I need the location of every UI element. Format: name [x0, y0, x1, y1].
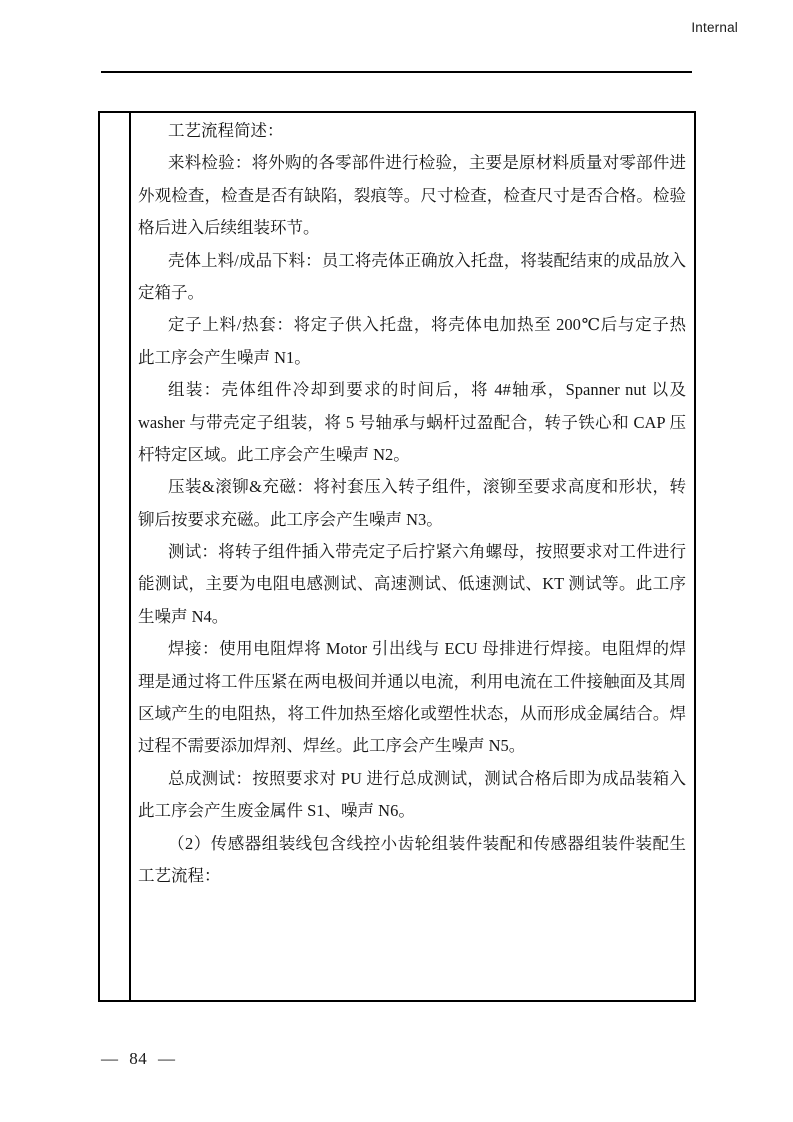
- text-line: 壳体上料/成品下料：员工将壳体正确放入托盘，将装配结束的成品放入特: [138, 245, 686, 277]
- process-table: 工艺流程简述：来料检验：将外购的各零部件进行检验，主要是原材料质量对零部件进行外…: [98, 111, 696, 1002]
- text-line: 总成测试：按照要求对 PU 进行总成测试，测试合格后即为成品装箱入库。: [138, 763, 686, 795]
- text-line: 来料检验：将外购的各零部件进行检验，主要是原材料质量对零部件进行: [138, 147, 686, 179]
- text-line: 铆后按要求充磁。此工序会产生噪声 N3。: [138, 504, 686, 536]
- document-page: Internal 工艺流程简述：来料检验：将外购的各零部件进行检验，主要是原材料…: [0, 0, 793, 1122]
- text-line: 理是通过将工件压紧在两电极间并通以电流，利用电流在工件接触面及其周边: [138, 666, 686, 698]
- text-line: washer 与带壳定子组装，将 5 号轴承与蜗杆过盈配合，转子铁心和 CAP …: [138, 407, 686, 439]
- text-line: 焊接：使用电阻焊将 Motor 引出线与 ECU 母排进行焊接。电阻焊的焊接原: [138, 633, 686, 665]
- text-line: （2）传感器组装线包含线控小齿轮组装件装配和传感器组装件装配生产: [138, 828, 686, 860]
- header-rule: [101, 71, 692, 73]
- text-line: 过程不需要添加焊剂、焊丝。此工序会产生噪声 N5。: [138, 730, 686, 762]
- table-empty-cell: [100, 113, 131, 1000]
- text-line: 杆特定区域。此工序会产生噪声 N2。: [138, 439, 686, 471]
- text-line: 外观检查，检查是否有缺陷，裂痕等。尺寸检查，检查尺寸是否合格。检验合: [138, 180, 686, 212]
- header-classification: Internal: [691, 20, 738, 35]
- text-line: 格后进入后续组装环节。: [138, 212, 686, 244]
- text-line: 工艺流程简述：: [138, 115, 686, 147]
- text-line: 测试：将转子组件插入带壳定子后拧紧六角螺母，按照要求对工件进行功: [138, 536, 686, 568]
- table-content-cell: 工艺流程简述：来料检验：将外购的各零部件进行检验，主要是原材料质量对零部件进行外…: [131, 113, 694, 1000]
- text-line: 生噪声 N4。: [138, 601, 686, 633]
- text-line: 压装&滚铆&充磁：将衬套压入转子组件，滚铆至要求高度和形状，转子滚: [138, 471, 686, 503]
- text-line: 此工序会产生废金属件 S1、噪声 N6。: [138, 795, 686, 827]
- text-line: 定箱子。: [138, 277, 686, 309]
- process-description-text: 工艺流程简述：来料检验：将外购的各零部件进行检验，主要是原材料质量对零部件进行外…: [138, 115, 686, 892]
- text-line: 区域产生的电阻热，将工件加热至熔化或塑性状态，从而形成金属结合。焊接: [138, 698, 686, 730]
- page-number: — 84 —: [101, 1049, 176, 1069]
- text-line: 此工序会产生噪声 N1。: [138, 342, 686, 374]
- text-line: 定子上料/热套：将定子供入托盘，将壳体电加热至 200℃后与定子热套。: [138, 309, 686, 341]
- text-line: 能测试，主要为电阻电感测试、高速测试、低速测试、KT 测试等。此工序会产: [138, 568, 686, 600]
- text-line: 工艺流程：: [138, 860, 686, 892]
- text-line: 组装：壳体组件冷却到要求的时间后，将 4#轴承，Spanner nut 以及 W…: [138, 374, 686, 406]
